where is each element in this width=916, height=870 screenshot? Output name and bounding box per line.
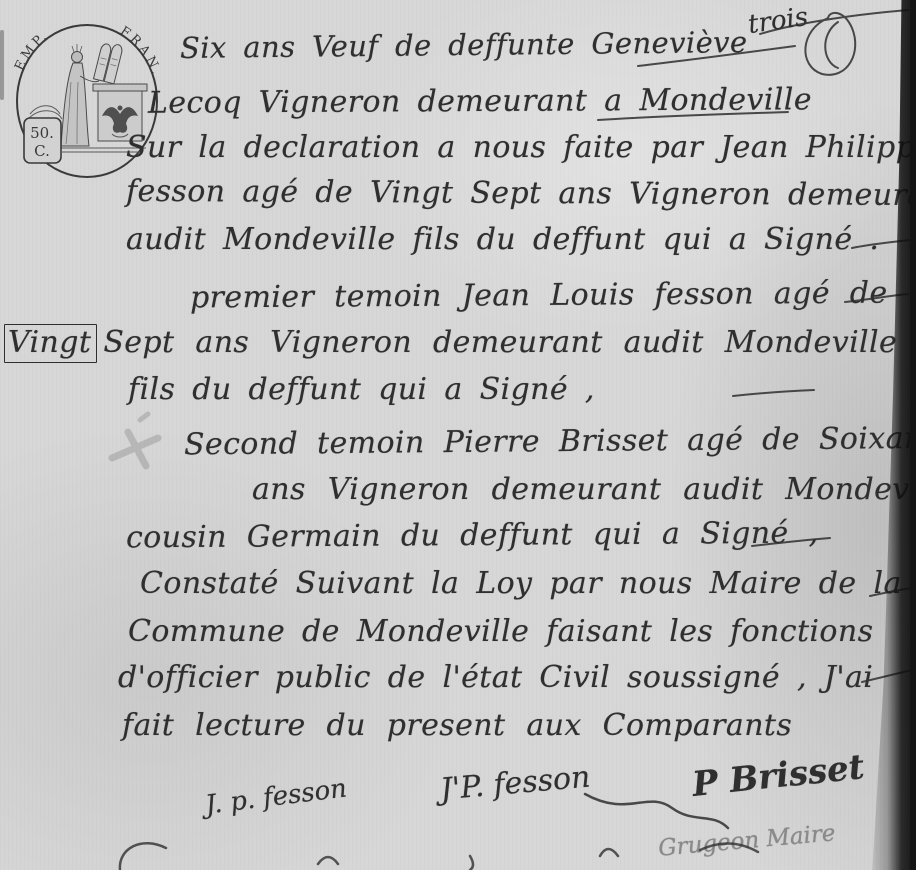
ink-smudge-dot (140, 414, 148, 420)
manuscript-line-12: Constaté Suivant la Loy par nous Maire d… (140, 566, 902, 601)
left-edge-mark (0, 30, 4, 100)
paraph-loop-outer (805, 13, 855, 75)
stamp-text-right: FRAN. (117, 24, 164, 79)
paraph-loop-inner (825, 22, 838, 68)
margin-annotation-trois: trois (746, 2, 810, 40)
manuscript-line-8: fils du deffunt qui a Signé , (128, 372, 595, 407)
manuscript-line-6: premier temoin Jean Louis fesson agé de (190, 276, 888, 316)
signature-jp-fesson-center: J'P. fesson (439, 760, 592, 808)
stamp-denomination-top: 50. (30, 124, 54, 142)
stamp-text-left: EMP. (14, 28, 52, 74)
signature-grugeon-maire: Grugeon Maire (657, 820, 836, 861)
clipped-next-line-stroke-2 (318, 857, 338, 864)
manuscript-line-2: Lecoq Vigneron demeurant a Mondeville (148, 82, 812, 120)
stamp-figure (61, 44, 99, 146)
manuscript-line-7-text: Sept ans Vigneron demeurant audit Mondev… (103, 325, 897, 360)
manuscript-line-3: Sur la declaration a nous faite par Jean… (126, 130, 916, 165)
clipped-next-line-stroke-4 (600, 849, 618, 856)
manuscript-line-11: cousin Germain du deffunt qui a Signé , (126, 516, 819, 556)
ink-smudge-cross-stroke-1 (112, 438, 158, 458)
line8-trailing-dash (733, 390, 814, 396)
manuscript-line-5: audit Mondeville fils du deffunt qui a S… (126, 222, 879, 257)
manuscript-line-10: ans Vigneron demeurant audit Mondeville (252, 472, 916, 507)
clipped-next-line-stroke-3 (470, 856, 473, 870)
signature-jp-fesson-left: J. p. fesson (204, 773, 349, 820)
manuscript-line-7: VingtSept ans Vigneron demeurant audit M… (4, 324, 897, 363)
manuscript-line-1: Six ans Veuf de deffunte Geneviève (180, 25, 748, 65)
manuscript-line-9: Second temoin Pierre Brisset agé de Soix… (184, 421, 916, 463)
stamp-tablets (93, 41, 123, 84)
stamp-denomination-box: 50. C. (24, 118, 61, 163)
clipped-next-line-stroke-1 (120, 843, 166, 870)
boxed-correction-word: Vingt (4, 324, 97, 363)
manuscript-line-14: d'officier public de l'état Civil soussi… (118, 660, 873, 695)
stamp-denomination-bottom: C. (34, 142, 50, 160)
signature-p-brisset: P Brisset (690, 747, 866, 805)
page-edge-strip (910, 0, 916, 870)
register-page-scan: EMP. FRAN. (0, 0, 916, 870)
manuscript-line-4: fesson agé de Vingt Sept ans Vigneron de… (126, 174, 916, 213)
stamp-sheaf (28, 106, 62, 119)
ink-smudge-cross-stroke-2 (128, 432, 146, 466)
manuscript-line-15: fait lecture du present aux Comparants (122, 708, 792, 743)
manuscript-line-13: Commune de Mondeville faisant les foncti… (128, 614, 873, 649)
